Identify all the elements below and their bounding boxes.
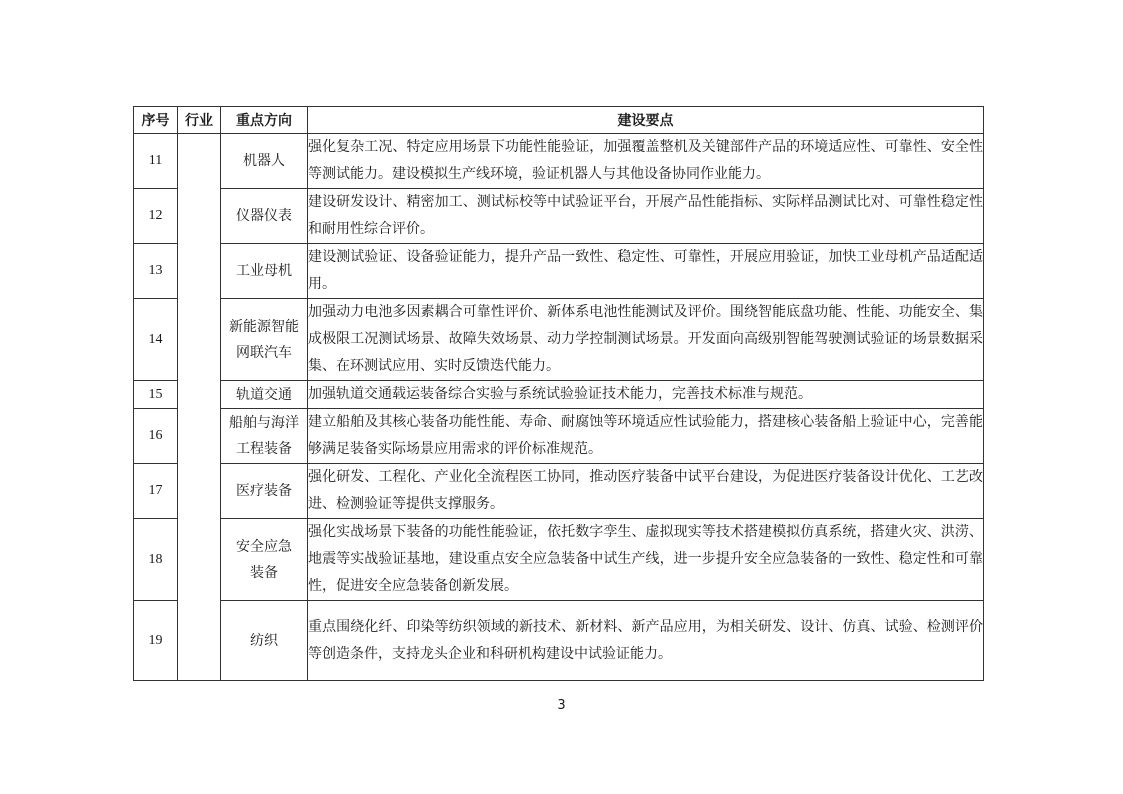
cell-direction: 工业母机 — [221, 244, 308, 299]
direction-line: 机器人 — [221, 148, 307, 174]
direction-line: 医疗装备 — [221, 478, 307, 504]
direction-line: 仪器仪表 — [221, 203, 307, 229]
cell-points: 加强轨道交通载运装备综合实验与系统试验验证技术能力，完善技术标准与规范。 — [308, 381, 984, 409]
table-row: 19纺织重点围绕化纤、印染等纺织领域的新技术、新材料、新产品应用，为相关研发、设… — [134, 601, 984, 681]
cell-direction: 新能源智能网联汽车 — [221, 299, 308, 381]
header-industry: 行业 — [178, 107, 221, 134]
cell-points: 重点围绕化纤、印染等纺织领域的新技术、新材料、新产品应用，为相关研发、设计、仿真… — [308, 601, 984, 681]
page-number: 3 — [0, 698, 1123, 713]
table-row: 18安全应急装备强化实战场景下装备的功能性能验证，依托数字孪生、虚拟现实等技术搭… — [134, 519, 984, 601]
header-seq: 序号 — [134, 107, 178, 134]
cell-direction: 机器人 — [221, 134, 308, 189]
cell-seq: 15 — [134, 381, 178, 409]
cell-direction: 纺织 — [221, 601, 308, 681]
cell-seq: 18 — [134, 519, 178, 601]
table-row: 14新能源智能网联汽车加强动力电池多因素耦合可靠性评价、新体系电池性能测试及评价… — [134, 299, 984, 381]
cell-seq: 16 — [134, 409, 178, 464]
cell-direction: 轨道交通 — [221, 381, 308, 409]
cell-direction: 安全应急装备 — [221, 519, 308, 601]
direction-line: 新能源智能 — [221, 314, 307, 340]
direction-line: 安全应急 — [221, 534, 307, 560]
cell-direction: 医疗装备 — [221, 464, 308, 519]
table-row: 11机器人强化复杂工况、特定应用场景下功能性能验证，加强覆盖整机及关键部件产品的… — [134, 134, 984, 189]
cell-points: 强化实战场景下装备的功能性能验证，依托数字孪生、虚拟现实等技术搭建模拟仿真系统，… — [308, 519, 984, 601]
direction-line: 装备 — [221, 560, 307, 586]
cell-seq: 12 — [134, 189, 178, 244]
direction-line: 工业母机 — [221, 258, 307, 284]
cell-points: 建设研发设计、精密加工、测试标校等中试验证平台，开展产品性能指标、实际样品测试比… — [308, 189, 984, 244]
cell-points: 建设测试验证、设备验证能力，提升产品一致性、稳定性、可靠性，开展应用验证，加快工… — [308, 244, 984, 299]
direction-line: 船舶与海洋 — [221, 410, 307, 436]
cell-points: 强化复杂工况、特定应用场景下功能性能验证，加强覆盖整机及关键部件产品的环境适应性… — [308, 134, 984, 189]
cell-direction: 船舶与海洋工程装备 — [221, 409, 308, 464]
key-directions-table: 序号 行业 重点方向 建设要点 11机器人强化复杂工况、特定应用场景下功能性能验… — [133, 106, 984, 681]
cell-seq: 13 — [134, 244, 178, 299]
table-row: 12仪器仪表建设研发设计、精密加工、测试标校等中试验证平台，开展产品性能指标、实… — [134, 189, 984, 244]
header-direction: 重点方向 — [221, 107, 308, 134]
direction-line: 轨道交通 — [221, 382, 307, 408]
direction-line: 工程装备 — [221, 436, 307, 462]
table-row: 16船舶与海洋工程装备建立船舶及其核心装备功能性能、寿命、耐腐蚀等环境适应性试验… — [134, 409, 984, 464]
cell-points: 建立船舶及其核心装备功能性能、寿命、耐腐蚀等环境适应性试验能力，搭建核心装备船上… — [308, 409, 984, 464]
cell-points: 强化研发、工程化、产业化全流程医工协同，推动医疗装备中试平台建设，为促进医疗装备… — [308, 464, 984, 519]
cell-industry-merged — [178, 134, 221, 681]
cell-seq: 19 — [134, 601, 178, 681]
direction-line: 纺织 — [221, 628, 307, 654]
table-row: 17医疗装备强化研发、工程化、产业化全流程医工协同，推动医疗装备中试平台建设，为… — [134, 464, 984, 519]
cell-seq: 11 — [134, 134, 178, 189]
header-points: 建设要点 — [308, 107, 984, 134]
cell-direction: 仪器仪表 — [221, 189, 308, 244]
table-row: 13工业母机建设测试验证、设备验证能力，提升产品一致性、稳定性、可靠性，开展应用… — [134, 244, 984, 299]
direction-line: 网联汽车 — [221, 340, 307, 366]
table-header-row: 序号 行业 重点方向 建设要点 — [134, 107, 984, 134]
cell-seq: 17 — [134, 464, 178, 519]
table-row: 15轨道交通加强轨道交通载运装备综合实验与系统试验验证技术能力，完善技术标准与规… — [134, 381, 984, 409]
cell-points: 加强动力电池多因素耦合可靠性评价、新体系电池性能测试及评价。围绕智能底盘功能、性… — [308, 299, 984, 381]
cell-seq: 14 — [134, 299, 178, 381]
